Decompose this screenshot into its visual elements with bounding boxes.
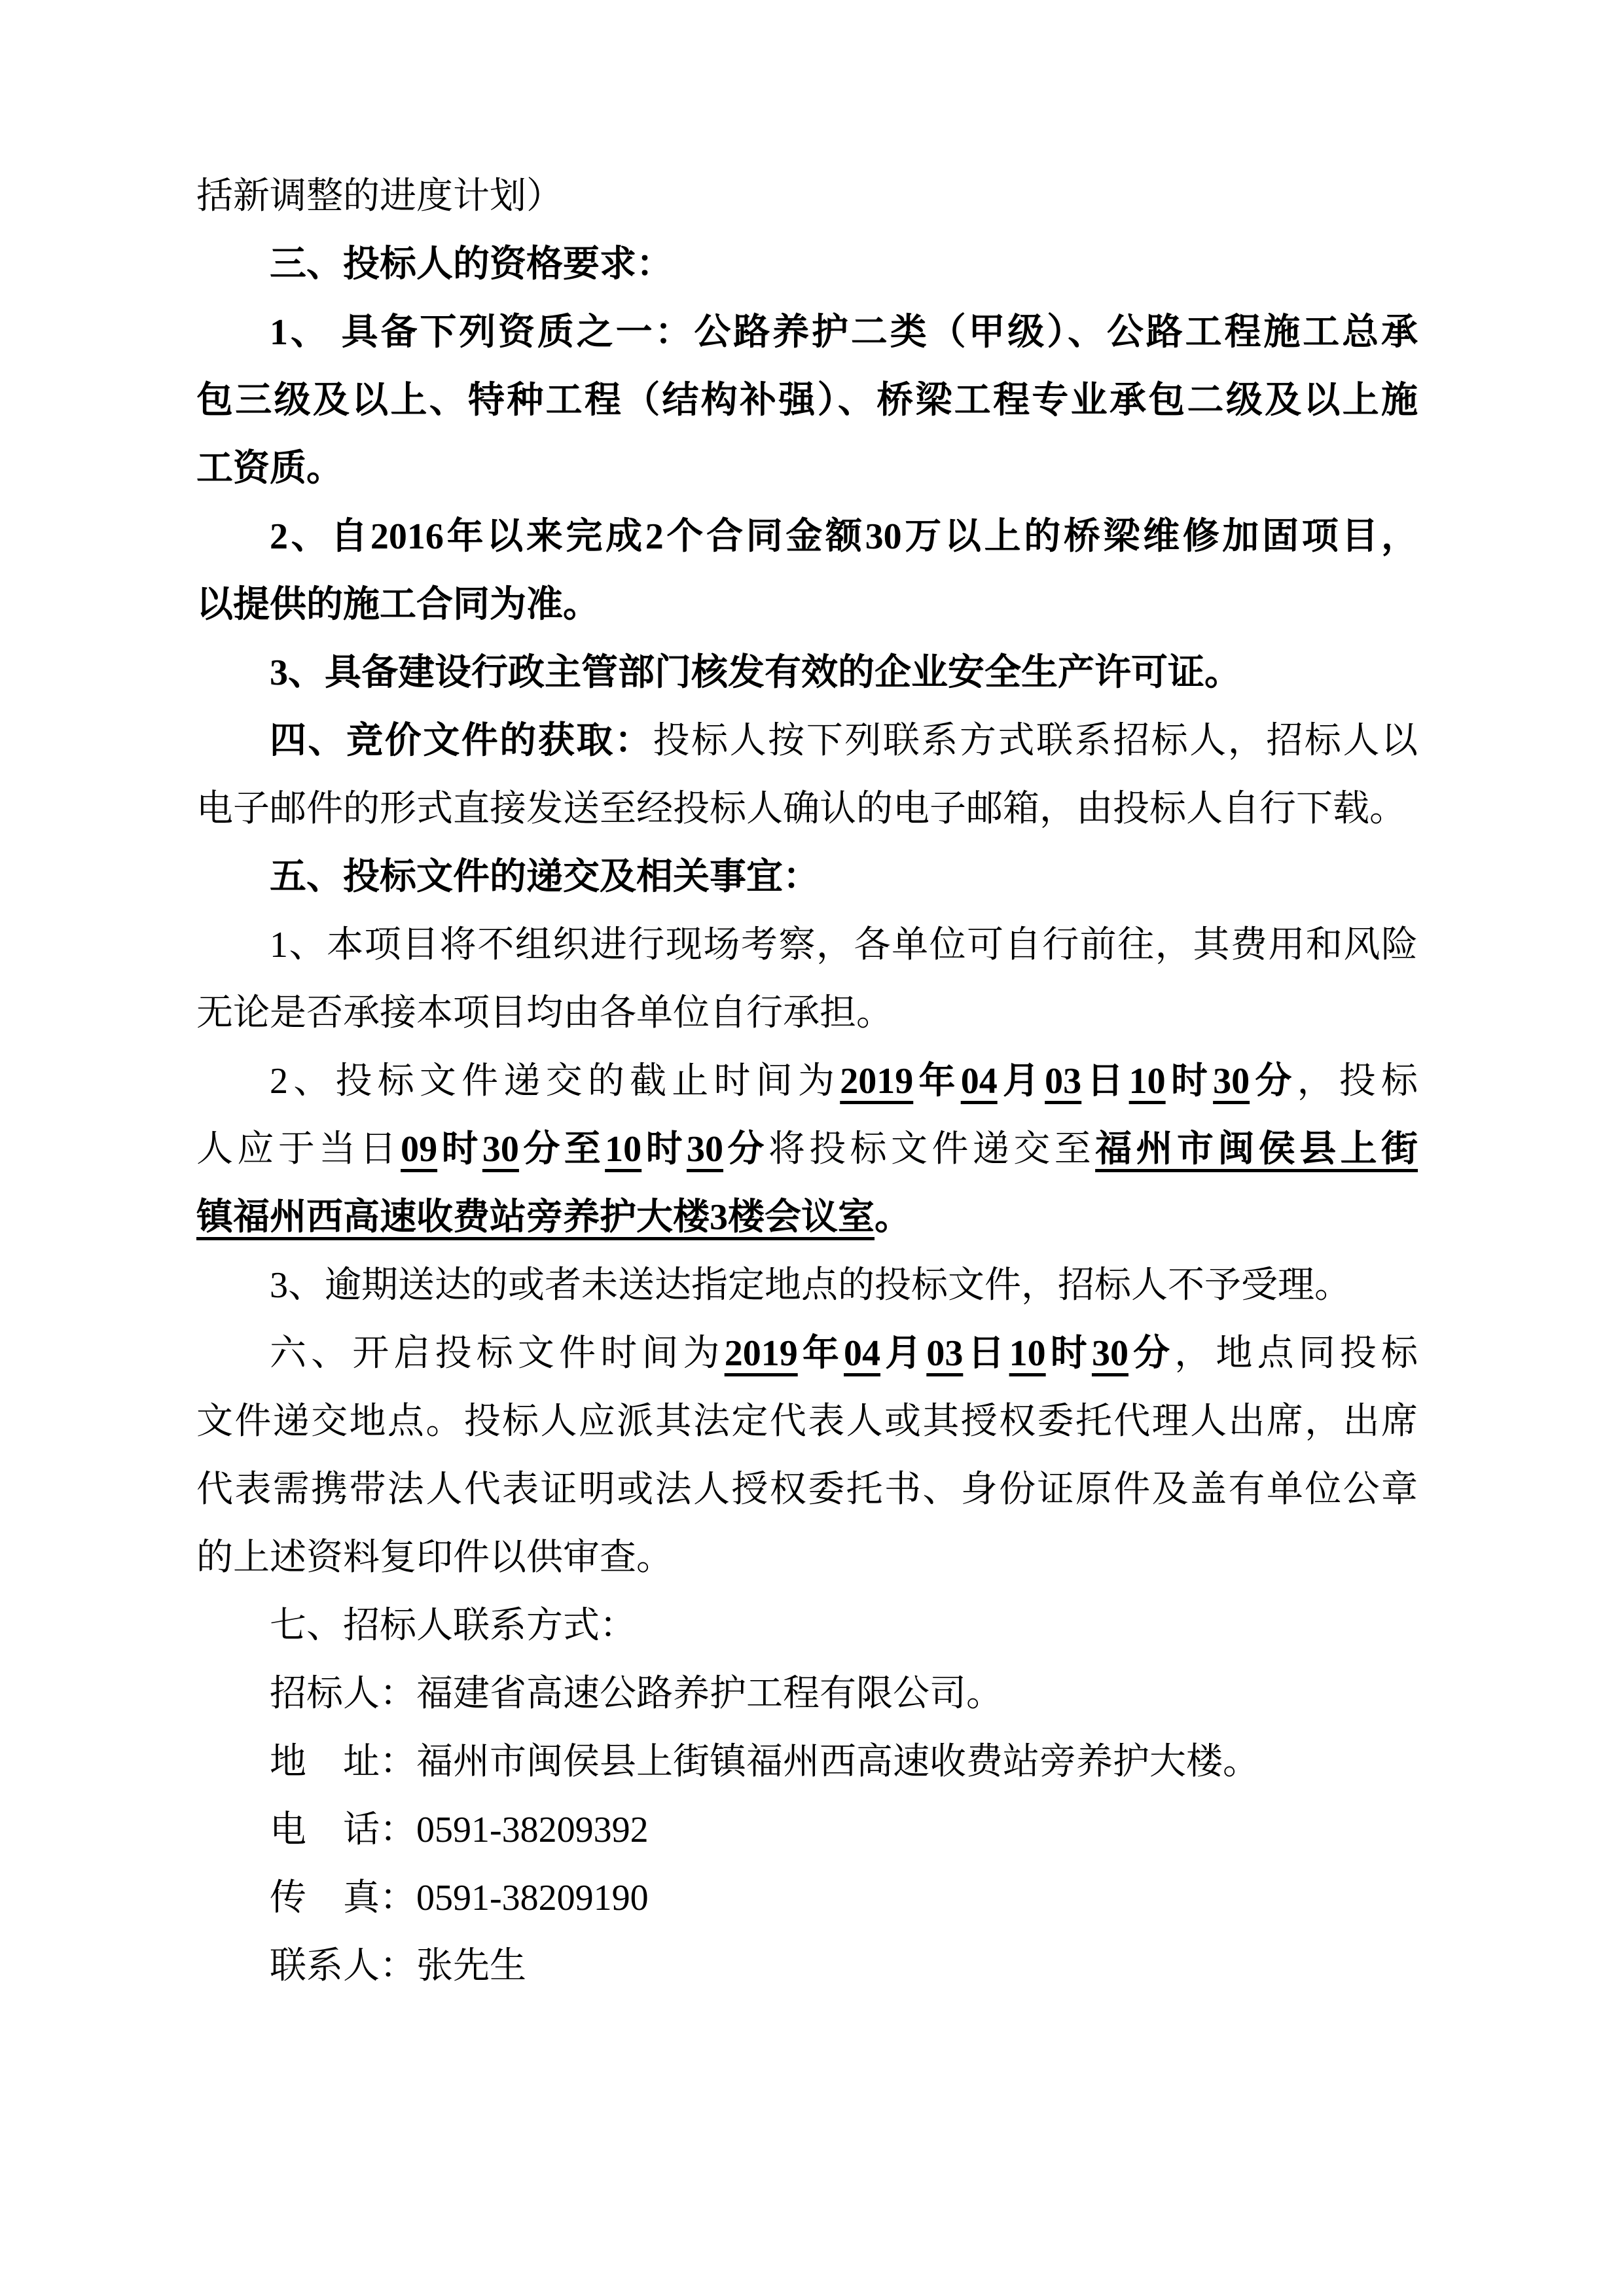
text-run: ，地点同投标 [1174,1333,1418,1374]
doc-line-submission-address: 镇福州西高速收费站旁养护大楼3楼会议室。 [196,1183,1418,1251]
text-block: 括新调整的进度计划） 三、投标人的资格要求： 1、 具备下列资质之一：公路养护二… [196,162,1418,2000]
bold-text: 分 [723,1129,768,1170]
doc-line: 1、本项目将不组织进行现场考察，各单位可自行前往，其费用和风险 [196,911,1418,979]
bold-text: 四、竞价文件的获取： [270,721,653,761]
doc-line: 以提供的施工合同为准。 [196,571,1418,639]
underlined-value: 04 [961,1061,998,1102]
underlined-value: 04 [844,1333,880,1374]
doc-line-submission-window: 人应于当日09时30分至10时30分将投标文件递交至福州市闽侯县上街 [196,1115,1418,1183]
bold-text: 三、投标人的资格要求： [270,244,673,285]
doc-line: 工资质。 [196,435,1418,503]
underlined-value: 10 [605,1129,641,1170]
bold-text: 年 [798,1333,844,1374]
underlined-value: 2019 [725,1333,798,1374]
underlined-value: 03 [1045,1061,1081,1102]
doc-line: 文件递交地点。投标人应派其法定代表人或其授权委托代理人出席，出席 [196,1388,1418,1456]
doc-line: 3、逾期送达的或者未送达指定地点的投标文件，招标人不予受理。 [196,1251,1418,1319]
underlined-value: 30 [482,1129,519,1170]
text-run: 文件递交地点。投标人应派其法定代表人或其授权委托代理人出席，出席 [196,1401,1418,1442]
text-run: 1、本项目将不组织进行现场考察，各单位可自行前往，其费用和风险 [270,925,1418,965]
text-run: 六、开启投标文件时间为 [270,1333,725,1374]
doc-line: 电子邮件的形式直接发送至经投标人确认的电子邮箱，由投标人自行下载。 [196,775,1418,843]
bold-text: 。 [875,1197,911,1238]
underlined-value: 福州市闽侯县上街 [1095,1129,1418,1170]
doc-line-tenderer-name: 招标人：福建省高速公路养护工程有限公司。 [196,1660,1418,1728]
underlined-value: 30 [1092,1333,1128,1374]
text-run: 括新调整的进度计划） [196,176,563,217]
doc-line: 无论是否承接本项目均由各单位自行承担。 [196,979,1418,1047]
doc-line: 2、自2016年以来完成2个合同金额30万以上的桥梁维修加固项目， [196,503,1418,571]
text-run: 地 址：福州市闽侯县上街镇福州西高速收费站旁养护大楼。 [270,1742,1259,1782]
text-run: 招标人：福建省高速公路养护工程有限公司。 [270,1674,1003,1714]
text-run: 七、招标人联系方式： [270,1605,636,1646]
doc-line-section-heading: 五、投标文件的递交及相关事宜： [196,843,1418,911]
bold-text: 分至 [519,1129,605,1170]
text-run: 联系人：张先生 [270,1946,526,1986]
text-run: ，投标 [1297,1061,1418,1102]
bold-text: 时 [1166,1061,1213,1102]
underlined-value: 30 [1213,1061,1250,1102]
document-page: 括新调整的进度计划） 三、投标人的资格要求： 1、 具备下列资质之一：公路养护二… [0,0,1624,2296]
text-run: 2、投标文件递交的截止时间为 [270,1061,840,1102]
bold-text: 2、自2016年以来完成2个合同金额30万以上的桥梁维修加固项目， [270,516,1418,557]
bold-text: 月 [998,1061,1045,1102]
bold-text: 日 [963,1333,1009,1374]
bold-text: 包三级及以上、特种工程（结构补强）、桥梁工程专业承包二级及以上施 [196,380,1418,421]
bold-text: 以提供的施工合同为准。 [196,584,600,625]
doc-line: 包三级及以上、特种工程（结构补强）、桥梁工程专业承包二级及以上施 [196,367,1418,435]
text-run: 电子邮件的形式直接发送至经投标人确认的电子邮箱，由投标人自行下载。 [196,789,1406,829]
underlined-value: 03 [926,1333,963,1374]
text-run: 传 真：0591-38209190 [270,1878,649,1918]
bold-text: 分 [1250,1061,1297,1102]
bold-text: 时 [1046,1333,1092,1374]
doc-line-deadline: 2、投标文件递交的截止时间为2019年04月03日10时30分，投标 [196,1047,1418,1115]
bold-text: 五、投标文件的递交及相关事宜： [270,857,820,897]
doc-line-phone: 电 话：0591-38209392 [196,1796,1418,1864]
text-run: 3、逾期送达的或者未送达指定地点的投标文件，招标人不予受理。 [270,1265,1351,1306]
doc-line-fax: 传 真：0591-38209190 [196,1864,1418,1932]
doc-line-address: 地 址：福州市闽侯县上街镇福州西高速收费站旁养护大楼。 [196,1728,1418,1796]
doc-line-section-heading: 四、竞价文件的获取：投标人按下列联系方式联系招标人，招标人以 [196,707,1418,775]
text-run: 投标人按下列联系方式联系招标人，招标人以 [653,721,1418,761]
underlined-value: 镇福州西高速收费站旁养护大楼3楼会议室 [196,1197,875,1238]
text-run: 的上述资料复印件以供审查。 [196,1537,673,1578]
underlined-value: 09 [401,1129,437,1170]
doc-line: 3、具备建设行政主管部门核发有效的企业安全生产许可证。 [196,639,1418,707]
bold-text: 日 [1081,1061,1128,1102]
bold-text: 分 [1128,1333,1174,1374]
text-run: 代表需携带法人代表证明或法人授权委托书、身份证原件及盖有单位公章 [196,1469,1418,1510]
doc-line-section-heading: 七、招标人联系方式： [196,1592,1418,1660]
bold-text: 1、 具备下列资质之一：公路养护二类（甲级）、公路工程施工总承 [270,312,1418,353]
text-run: 人应于当日 [196,1129,401,1170]
text-run: 电 话：0591-38209392 [270,1810,649,1850]
bold-text: 年 [913,1061,960,1102]
underlined-value: 10 [1009,1333,1046,1374]
text-run: 无论是否承接本项目均由各单位自行承担。 [196,993,893,1033]
underlined-value: 30 [687,1129,723,1170]
doc-line-opening-time: 六、开启投标文件时间为2019年04月03日10时30分，地点同投标 [196,1319,1418,1388]
bold-text: 时 [641,1129,687,1170]
bold-text: 时 [437,1129,482,1170]
doc-line-section-heading: 三、投标人的资格要求： [196,230,1418,298]
text-run: 将投标文件递交至 [768,1129,1095,1170]
bold-text: 3、具备建设行政主管部门核发有效的企业安全生产许可证。 [270,653,1241,693]
underlined-value: 10 [1129,1061,1166,1102]
doc-line-contact-person: 联系人：张先生 [196,1932,1418,2000]
bold-text: 工资质。 [196,448,343,489]
bold-text: 月 [880,1333,926,1374]
doc-line: 括新调整的进度计划） [196,162,1418,230]
doc-line: 代表需携带法人代表证明或法人授权委托书、身份证原件及盖有单位公章 [196,1456,1418,1524]
doc-line: 的上述资料复印件以供审查。 [196,1524,1418,1592]
doc-line: 1、 具备下列资质之一：公路养护二类（甲级）、公路工程施工总承 [196,298,1418,367]
underlined-value: 2019 [840,1061,913,1102]
